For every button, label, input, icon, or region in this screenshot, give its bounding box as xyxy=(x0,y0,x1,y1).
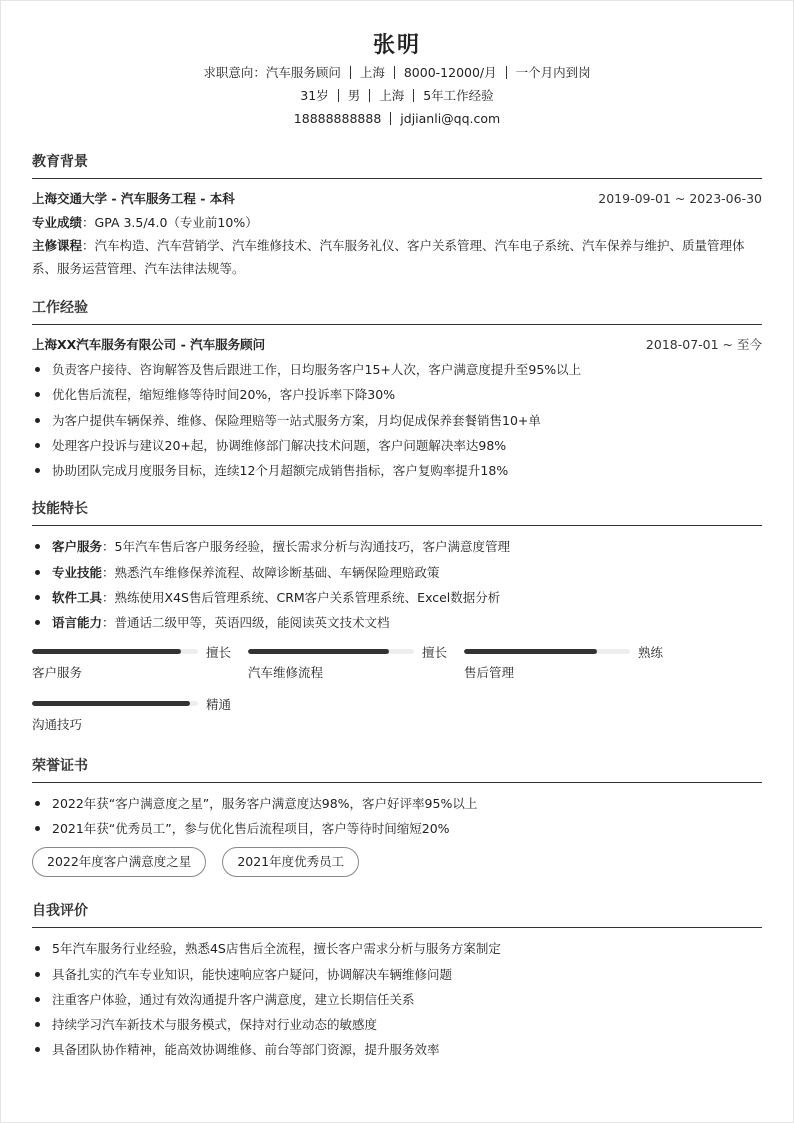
self-evaluation-section: 自我评价 5年汽车服务行业经验，熟悉4S店售后全流程，擅长客户需求分析与服务方案… xyxy=(32,901,762,1062)
candidate-name: 张明 xyxy=(32,31,762,61)
work-bullets: 负责客户接待、咨询解答及售后跟进工作，日均服务客户15+人次，客户满意度提升至9… xyxy=(32,357,762,483)
skill-bar-item: 熟练 售后管理 xyxy=(464,642,680,694)
section-title-honors: 荣誉证书 xyxy=(32,756,762,783)
skill-name: 客户服务 xyxy=(32,662,248,684)
list-item: 2021年获“优秀员工”，参与优化售后流程项目，客户等待时间缩短20% xyxy=(32,816,762,841)
list-item: 负责客户接待、咨询解答及售后跟进工作，日均服务客户15+人次，客户满意度提升至9… xyxy=(32,357,762,382)
school-major-degree: 上海交通大学 - 汽车服务工程 - 本科 xyxy=(32,187,235,211)
honor-tag: 2022年度客户满意度之星 xyxy=(32,847,206,877)
gender: 男 xyxy=(348,88,361,103)
basic-info-line: 31岁男上海5年工作经验 xyxy=(32,84,762,107)
list-item: 客户服务：5年汽车售后客户服务经验，擅长需求分析与沟通技巧，客户满意度管理 xyxy=(32,534,762,559)
progress-bar xyxy=(248,649,414,654)
skill-bar-item: 擅长 汽车维修流程 xyxy=(248,642,464,694)
experience-years: 5年工作经验 xyxy=(423,88,493,103)
progress-bar xyxy=(32,701,198,706)
skill-bars: 擅长 客户服务 擅长 汽车维修流程 熟练 售后管理 精通 沟通技巧 xyxy=(32,642,762,746)
list-item: 具备团队协作精神，能高效协调维修、前台等部门资源，提升服务效率 xyxy=(32,1037,762,1062)
skill-text: ：普通话二级甲等，英语四级，能阅读英文技术文档 xyxy=(102,615,390,630)
list-item: 协助团队完成月度服务目标，连续12个月超额完成销售指标，客户复购率提升18% xyxy=(32,458,762,483)
honors-bullets: 2022年获“客户满意度之星”，服务客户满意度达98%，客户好评率95%以上 2… xyxy=(32,791,762,842)
intent-availability: 一个月内到岗 xyxy=(516,65,591,80)
honor-tag: 2021年度优秀员工 xyxy=(222,847,359,877)
skill-bar-item: 擅长 客户服务 xyxy=(32,642,248,694)
divider xyxy=(369,89,370,102)
list-item: 注重客户体验，通过有效沟通提升客户满意度，建立长期信任关系 xyxy=(32,987,762,1012)
progress-bar xyxy=(464,649,630,654)
skills-section: 技能特长 客户服务：5年汽车售后客户服务经验，擅长需求分析与沟通技巧，客户满意度… xyxy=(32,499,762,745)
skill-name: 售后管理 xyxy=(464,662,680,684)
phone: 18888888888 xyxy=(294,111,381,126)
progress-fill xyxy=(32,649,181,654)
honor-tags: 2022年度客户满意度之星 2021年度优秀员工 xyxy=(32,847,762,877)
list-item: 软件工具：熟练使用X4S售后管理系统、CRM客户关系管理系统、Excel数据分析 xyxy=(32,585,762,610)
location: 上海 xyxy=(379,88,404,103)
email: jdjianli@qq.com xyxy=(400,111,500,126)
honors-section: 荣誉证书 2022年获“客户满意度之星”，服务客户满意度达98%，客户好评率95… xyxy=(32,756,762,878)
progress-fill xyxy=(32,701,190,706)
divider xyxy=(506,66,507,79)
section-title-work: 工作经验 xyxy=(32,298,762,325)
gpa-line: 专业成绩：GPA 3.5/4.0（专业前10%） xyxy=(32,211,762,234)
intent-city: 上海 xyxy=(360,65,385,80)
work-section: 工作经验 上海XX汽车服务有限公司 - 汽车服务顾问 2018-07-01 ~ … xyxy=(32,298,762,483)
skill-level: 擅长 xyxy=(422,643,447,661)
skill-bar-item: 精通 沟通技巧 xyxy=(32,694,248,746)
section-title-skills: 技能特长 xyxy=(32,499,762,526)
list-item: 为客户提供车辆保养、维修、保险理赔等一站式服务方案，月均促成保养套餐销售10+单 xyxy=(32,408,762,433)
age: 31岁 xyxy=(300,88,328,103)
work-entry-head: 上海XX汽车服务有限公司 - 汽车服务顾问 2018-07-01 ~ 至今 xyxy=(32,333,762,357)
skill-level: 精通 xyxy=(206,695,231,713)
skill-label: 软件工具 xyxy=(52,590,102,605)
progress-fill xyxy=(248,649,389,654)
list-item: 优化售后流程，缩短维修等待时间20%，客户投诉率下降30% xyxy=(32,382,762,407)
courses-line: 主修课程：汽车构造、汽车营销学、汽车维修技术、汽车服务礼仪、客户关系管理、汽车电… xyxy=(32,234,762,280)
divider xyxy=(394,66,395,79)
divider xyxy=(350,66,351,79)
resume-page: 张明 求职意向：汽车服务顾问上海8000-12000/月一个月内到岗 31岁男上… xyxy=(0,0,794,1123)
section-title-education: 教育背景 xyxy=(32,152,762,179)
contact-line: 18888888888jdjianli@qq.com xyxy=(32,107,762,130)
work-dates: 2018-07-01 ~ 至今 xyxy=(646,333,762,357)
job-intent-line: 求职意向：汽车服务顾问上海8000-12000/月一个月内到岗 xyxy=(32,61,762,84)
list-item: 5年汽车服务行业经验，熟悉4S店售后全流程，擅长客户需求分析与服务方案制定 xyxy=(32,936,762,961)
courses-label: 主修课程 xyxy=(32,238,82,253)
divider xyxy=(338,89,339,102)
section-title-self-evaluation: 自我评价 xyxy=(32,901,762,928)
skill-label: 专业技能 xyxy=(52,565,102,580)
list-item: 专业技能：熟悉汽车维修保养流程、故障诊断基础、车辆保险理赔政策 xyxy=(32,560,762,585)
skill-text: ：5年汽车售后客户服务经验，擅长需求分析与沟通技巧，客户满意度管理 xyxy=(102,539,510,554)
progress-fill xyxy=(464,649,597,654)
skill-label: 客户服务 xyxy=(52,539,102,554)
skill-name: 沟通技巧 xyxy=(32,714,248,736)
self-evaluation-bullets: 5年汽车服务行业经验，熟悉4S店售后全流程，擅长客户需求分析与服务方案制定 具备… xyxy=(32,936,762,1062)
skill-text: ：熟悉汽车维修保养流程、故障诊断基础、车辆保险理赔政策 xyxy=(102,565,440,580)
list-item: 持续学习汽车新技术与服务模式，保持对行业动态的敏感度 xyxy=(32,1012,762,1037)
job-intent: 求职意向：汽车服务顾问 xyxy=(203,65,341,80)
list-item: 具备扎实的汽车专业知识，能快速响应客户疑问，协调解决车辆维修问题 xyxy=(32,962,762,987)
skill-label: 语言能力 xyxy=(52,615,102,630)
progress-bar xyxy=(32,649,198,654)
list-item: 2022年获“客户满意度之星”，服务客户满意度达98%，客户好评率95%以上 xyxy=(32,791,762,816)
courses-value: ：汽车构造、汽车营销学、汽车维修技术、汽车服务礼仪、客户关系管理、汽车电子系统、… xyxy=(32,238,745,276)
education-entry-head: 上海交通大学 - 汽车服务工程 - 本科 2019-09-01 ~ 2023-0… xyxy=(32,187,762,211)
gpa-value: ：GPA 3.5/4.0（专业前10%） xyxy=(82,215,258,230)
skill-text: ：熟练使用X4S售后管理系统、CRM客户关系管理系统、Excel数据分析 xyxy=(102,590,500,605)
gpa-label: 专业成绩 xyxy=(32,215,82,230)
education-section: 教育背景 上海交通大学 - 汽车服务工程 - 本科 2019-09-01 ~ 2… xyxy=(32,152,762,280)
education-dates: 2019-09-01 ~ 2023-06-30 xyxy=(598,187,762,211)
divider xyxy=(390,112,391,125)
skill-level: 擅长 xyxy=(206,643,231,661)
list-item: 处理客户投诉与建议20+起，协调维修部门解决技术问题，客户问题解决率达98% xyxy=(32,433,762,458)
skills-bullets: 客户服务：5年汽车售后客户服务经验，擅长需求分析与沟通技巧，客户满意度管理 专业… xyxy=(32,534,762,635)
company-position: 上海XX汽车服务有限公司 - 汽车服务顾问 xyxy=(32,333,265,357)
resume-header: 张明 求职意向：汽车服务顾问上海8000-12000/月一个月内到岗 31岁男上… xyxy=(32,1,762,130)
intent-salary: 8000-12000/月 xyxy=(404,65,497,80)
divider xyxy=(413,89,414,102)
skill-level: 熟练 xyxy=(638,643,663,661)
list-item: 语言能力：普通话二级甲等，英语四级，能阅读英文技术文档 xyxy=(32,610,762,635)
skill-name: 汽车维修流程 xyxy=(248,662,464,684)
